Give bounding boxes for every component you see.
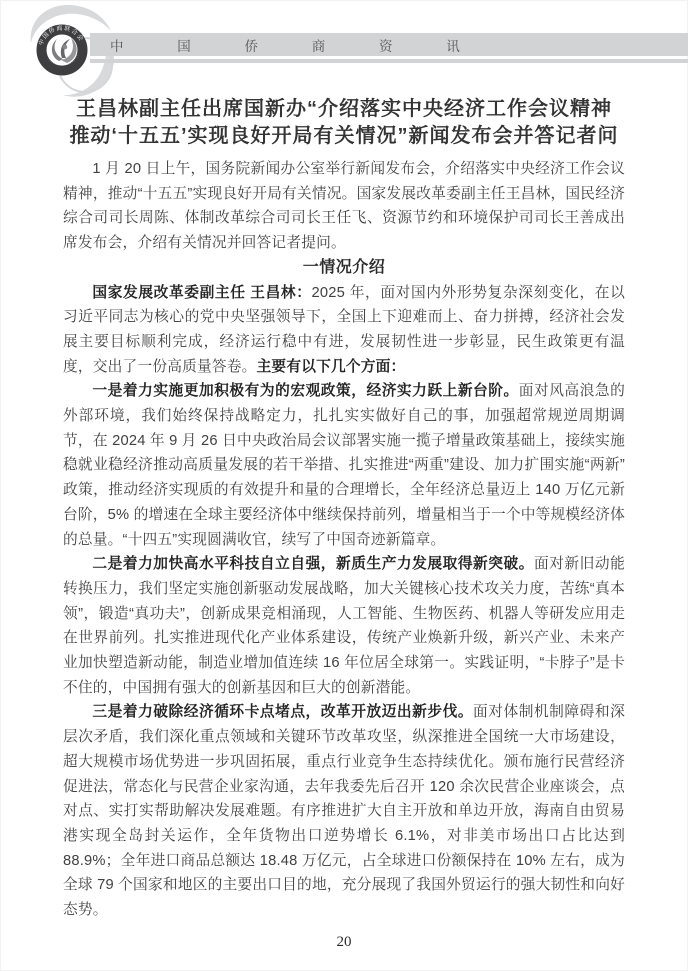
body-text: 面对风高浪急的外部环境，我们始终保持战略定力，扎扎实实做好自己的事，加强超常规逆… (63, 383, 625, 547)
emphasis-text: 二是着力加快高水平科技自立自强，新质生产力发展取得新突破。 (92, 556, 534, 572)
article-title: 王昌林副主任出席国新办“介绍落实中央经济工作会议精神 推动‘十五五’实现良好开局… (63, 96, 625, 150)
brand-rule-divider (90, 59, 688, 63)
body-text: 1 月 20 日上午，国务院新闻办公室举行新闻发布会，介绍落实中央经济工作会议精… (63, 161, 625, 251)
emphasis-text: 三是着力破除经济循环卡点堵点，改革开放迈出新步伐。 (92, 704, 473, 720)
paragraph-point-1: 一是着力实施更加积极有为的宏观政策，经济实力跃上新台阶。面对风高浪急的外部环境，… (63, 379, 625, 552)
paragraph-point-2: 二是着力加快高水平科技自立自强，新质生产力发展取得新突破。面对新旧动能转换压力，… (63, 552, 625, 700)
article-title-line-1: 王昌林副主任出席国新办“介绍落实中央经济工作会议精神 (63, 96, 625, 123)
document-page: 中国侨商联合会 ·························· 中 国 侨… (0, 0, 688, 971)
brand-title: 中 国 侨 商 资 讯 (90, 35, 485, 55)
article-title-line-2: 推动‘十五五’实现良好开局有关情况”新闻发布会并答记者问 (63, 123, 625, 150)
page-number: 20 (0, 934, 688, 951)
section-heading: 一情况介绍 (63, 256, 625, 281)
emphasis-text: 国家发展改革委副主任 王昌林： (92, 285, 311, 301)
article-body: 王昌林副主任出席国新办“介绍落实中央经济工作会议精神 推动‘十五五’实现良好开局… (63, 96, 625, 923)
brand-bar: 中 国 侨 商 资 讯 (90, 33, 688, 56)
paragraph-speaker-overview: 国家发展改革委副主任 王昌林：2025 年，面对国内外形势复杂深刻变化，在以习近… (63, 281, 625, 380)
paragraph-intro: 1 月 20 日上午，国务院新闻办公室举行新闻发布会，介绍落实中央经济工作会议精… (63, 157, 625, 256)
body-text: 面对新旧动能转换压力，我们坚定实施创新驱动发展战略，加大关键核心技术攻关力度，苦… (63, 556, 625, 696)
paragraph-point-3: 三是着力破除经济循环卡点堵点，改革开放迈出新步伐。面对体制机制障碍和深层次矛盾，… (63, 700, 625, 922)
emphasis-text: 一是着力实施更加积极有为的宏观政策，经济实力跃上新台阶。 (92, 383, 518, 399)
emblem-motif-dot (63, 45, 68, 50)
emphasis-text: 主要有以下几个方面： (257, 359, 406, 375)
body-text: 面对体制机制障碍和深层次矛盾，我们深化重点领域和关键环节改革攻坚，纵深推进全国统… (63, 704, 625, 918)
